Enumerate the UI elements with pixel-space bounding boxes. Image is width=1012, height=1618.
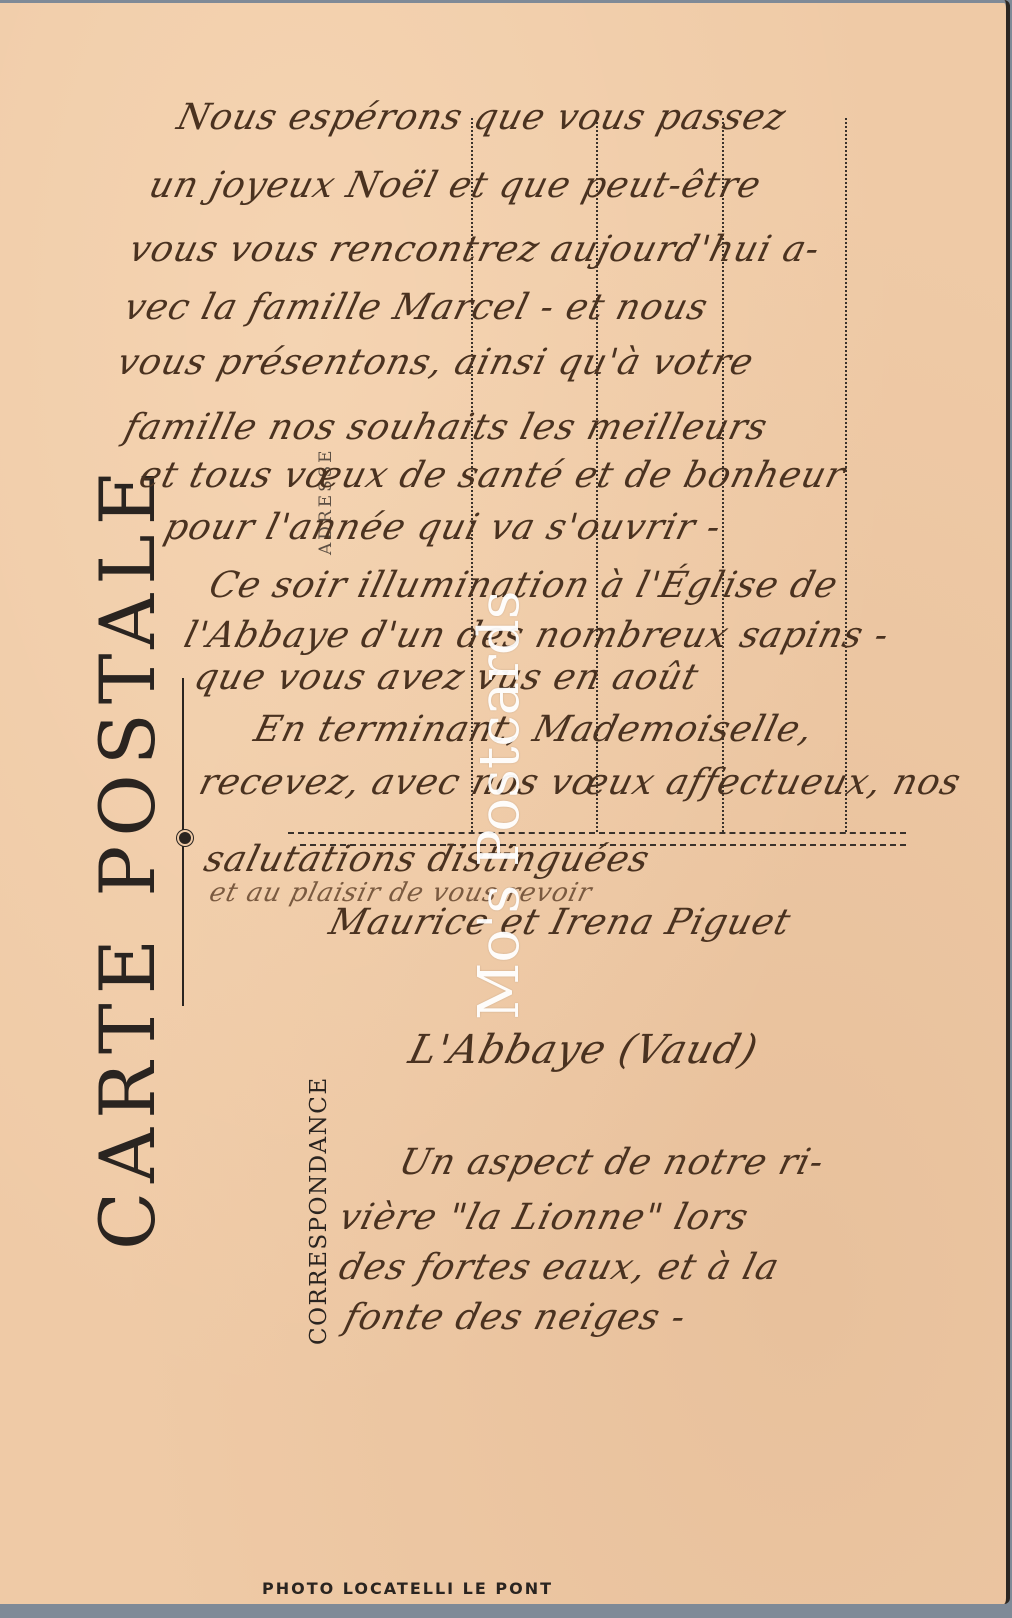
handwriting-line: et tous vœux de santé et de bonheur bbox=[136, 458, 849, 494]
handwriting-line: un joyeux Noël et que peut-être bbox=[146, 168, 765, 204]
handwriting-line: Un aspect de notre ri- bbox=[396, 1145, 828, 1181]
handwriting-line: vec la famille Marcel - et nous bbox=[121, 290, 712, 326]
handwriting-line: vière "la Lionne" lors bbox=[336, 1200, 753, 1236]
handwriting-line: En terminant, Mademoiselle, bbox=[251, 712, 817, 748]
stamp-guide-line bbox=[845, 118, 847, 832]
handwriting-line: des fortes eaux, et à la bbox=[336, 1250, 783, 1286]
place-name: L'Abbaye (Vaud) bbox=[405, 1030, 762, 1070]
correspondence-label: CORRESPONDANCE bbox=[304, 1005, 334, 1345]
handwriting-line: vous vous rencontrez aujourd'hui a- bbox=[126, 232, 824, 268]
watermark: Mo's Postcards bbox=[470, 560, 530, 1020]
handwriting-line: recevez, avec nos vœux affectueux, nos bbox=[196, 765, 965, 801]
handwriting-line: famille nos souhaits les meilleurs bbox=[121, 410, 772, 446]
handwriting-line: l'Abbaye d'un des nombreux sapins - bbox=[181, 618, 893, 654]
divider-ornament bbox=[177, 830, 193, 846]
photo-credit: PHOTO LOCATELLI LE PONT bbox=[262, 1579, 553, 1598]
handwriting-line: vous présentons, ainsi qu'à votre bbox=[114, 345, 758, 381]
handwriting-line: Nous espérons que vous passez bbox=[174, 100, 790, 136]
handwriting-line: fonte des neiges - bbox=[341, 1300, 690, 1336]
postcard-back: CARTE POSTALE ADRESSE CORRESPONDANCE Nou… bbox=[0, 0, 1010, 1604]
handwriting-line: que vous avez vus en août bbox=[191, 660, 703, 696]
handwriting-line: pour l'année qui va s'ouvrir - bbox=[161, 510, 725, 546]
handwriting-line: salutations distinguées bbox=[201, 842, 654, 878]
address-line bbox=[288, 832, 906, 834]
signature: Maurice et Irena Piguet bbox=[326, 905, 795, 941]
